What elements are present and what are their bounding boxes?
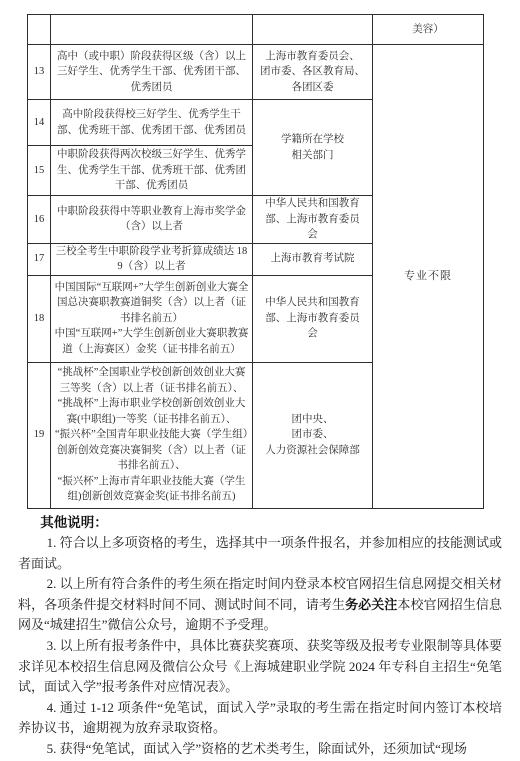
row-number-cell [28, 15, 51, 45]
qualification-cell [51, 15, 253, 45]
authority-cell: 中华人民共和国教育 部、上海市教育委员 会 [253, 275, 373, 362]
table-row-13: 13 高中（或中职）阶段获得区级（含）以上三好学生、优秀学生干部、优秀团干部、优… [28, 45, 484, 100]
authority-cell: 上海市教育考试院 [253, 243, 373, 275]
other-notes-section: 其他说明： 1. 符合以上多项资格的考生，选择其中一项条件报名，并参加相应的技能… [18, 513, 502, 760]
row-number-cell: 16 [28, 196, 51, 244]
qualification-cell: 三校全考生中职阶段学业考折算成绩达 189（含）以上者 [51, 243, 253, 275]
qualification-cell: “挑战杯”全国职业学校创新创效创业大赛三等奖（含）以上者（证书排名前五）、 “挑… [51, 362, 253, 508]
row-number-cell: 17 [28, 243, 51, 275]
major-restriction-cell: 专业不限 [373, 45, 484, 509]
note-item-1: 1. 符合以上多项资格的考生，选择其中一项条件报名，并参加相应的技能测试或者面试… [18, 533, 502, 574]
row-number-cell: 18 [28, 275, 51, 362]
note-item-4: 4. 通过 1-12 项条件“免笔试，面试入学”录取的考生需在指定时间内签订本校… [18, 698, 502, 739]
other-notes-heading: 其他说明： [18, 513, 502, 534]
row-number-cell: 13 [28, 45, 51, 100]
note-item-2-emphasis: 务必关注 [345, 597, 397, 612]
qualification-cell: 高中阶段获得校三好学生、优秀学生干部、优秀班干部、优秀团干部、优秀团员 [51, 100, 253, 146]
row-number-cell: 15 [28, 146, 51, 196]
row-number-cell: 14 [28, 100, 51, 146]
note-item-3: 3. 以上所有报考条件中，具体比赛获奖赛项、获奖等级及报考专业限制等具体要求详见… [18, 636, 502, 698]
carryover-cell: 美容） [373, 15, 484, 45]
authority-cell: 学籍所在学校 相关部门 [253, 100, 373, 196]
authority-cell: 上海市教育委员会、 团市委、各区教育局、 各团区委 [253, 45, 373, 100]
qualification-cell: 高中（或中职）阶段获得区级（含）以上三好学生、优秀学生干部、优秀团干部、优秀团员 [51, 45, 253, 100]
qualification-cell: 中职阶段获得中等职业教育上海市奖学金（含）以上者 [51, 196, 253, 244]
qualification-table: 美容） 13 高中（或中职）阶段获得区级（含）以上三好学生、优秀学生干部、优秀团… [27, 14, 484, 509]
table-row-carryover: 美容） [28, 15, 484, 45]
row-number-cell: 19 [28, 362, 51, 508]
qualification-cell: 中职阶段获得两次校级三好学生、优秀学生、优秀学生干部、优秀班干部、优秀团干部、优… [51, 146, 253, 196]
qualification-cell: 中国国际“互联网+”大学生创新创业大赛全国总决赛职教赛道铜奖（含）以上者（证书排… [51, 275, 253, 362]
authority-cell: 中华人民共和国教育 部、上海市教育委员 会 [253, 196, 373, 244]
authority-cell: 团中央、 团市委、 人力资源社会保障部 [253, 362, 373, 508]
note-item-5: 5. 获得“免笔试，面试入学”资格的艺术类考生，除面试外，还须加试“现场 [18, 739, 502, 760]
authority-cell [253, 15, 373, 45]
note-item-2: 2. 以上所有符合条件的考生须在指定时间内登录本校官网招生信息网提交相关材料，各… [18, 574, 502, 636]
